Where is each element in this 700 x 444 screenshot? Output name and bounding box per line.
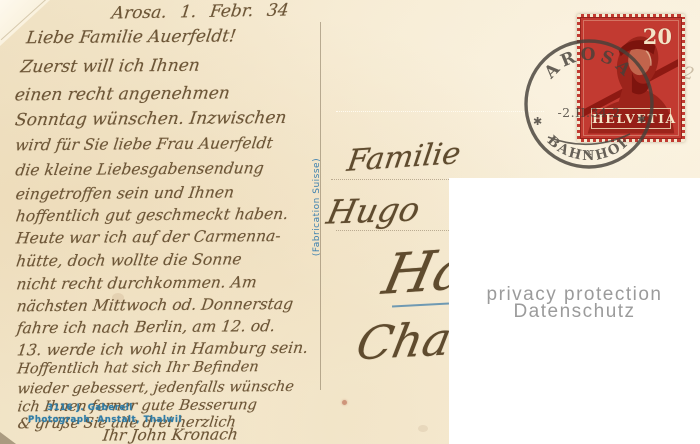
address-rule-line (331, 179, 449, 180)
message-line: wird für Sie liebe Frau Auerfeldt (14, 134, 274, 154)
postmark: AROSA BAHNHOF -2.II.34-2 ✱ ✱ x (516, 33, 662, 175)
fabrication-note: (Fabrication Suisse) (312, 152, 322, 262)
message-line: einen recht angenehmen (14, 83, 232, 105)
message-line: Zuerst will ich Ihnen (19, 56, 201, 78)
message-line: nächsten Mittwoch od. Donnerstag (16, 295, 295, 315)
message-line: wieder gebessert, jedenfalls wünsche (16, 379, 294, 397)
address-line-familie: Familie (345, 136, 463, 179)
privacy-text-de: Datenschutz (449, 303, 700, 320)
address-line-hugo: Hugo (323, 189, 423, 231)
message-line: Hoffentlich hat sich Ihr Befinden (16, 359, 259, 377)
message-line: hoffentlich gut geschmeckt haben. (15, 205, 290, 225)
message-line: Liebe Familie Auerfeldt! (25, 26, 237, 48)
privacy-overlay: privacy protection Datenschutz (449, 178, 700, 444)
postmark-date: -2.II.34-2 (557, 105, 620, 120)
paper-stain (418, 425, 428, 432)
postmark-aux-mark: x (586, 147, 592, 158)
message-line: fahre ich nach Berlin, am 12. od. (16, 317, 277, 337)
address-rule-line (336, 111, 544, 112)
handwritten-message: Liebe Familie Auerfeldt! Zuerst will ich… (4, 0, 330, 444)
privacy-text: privacy protection Datenschutz (449, 286, 700, 320)
address-line-street: Cha (352, 312, 456, 371)
message-line: Heute war ich auf der Carmenna- (15, 227, 282, 247)
message-line: die kleine Liebesgabensendung (14, 159, 265, 179)
postcard-back: 2 Arosa. 1. Febr. 34 Liebe Familie Auerf… (0, 0, 700, 444)
message-line: nicht recht durchkommen. Am (15, 273, 258, 293)
postmark-star-right: ✱ (637, 113, 646, 126)
publisher-imprint-number: 3116 J. Gaberell (47, 403, 133, 413)
message-line: 13. werde ich wohl in Hamburg sein. (16, 339, 309, 360)
paper-stain (342, 400, 347, 405)
postmark-star-left: ✱ (533, 115, 542, 128)
publisher-imprint-name: Photograph. Anstalt, Thalwil (28, 415, 182, 425)
message-line: hütte, doch wollte die Sonne (15, 250, 243, 270)
message-signature: Ihr John Kronach (102, 425, 239, 444)
message-line: Sonntag wünschen. Inzwischen (14, 108, 288, 130)
message-line: eingetroffen sein und Ihnen (15, 183, 236, 203)
